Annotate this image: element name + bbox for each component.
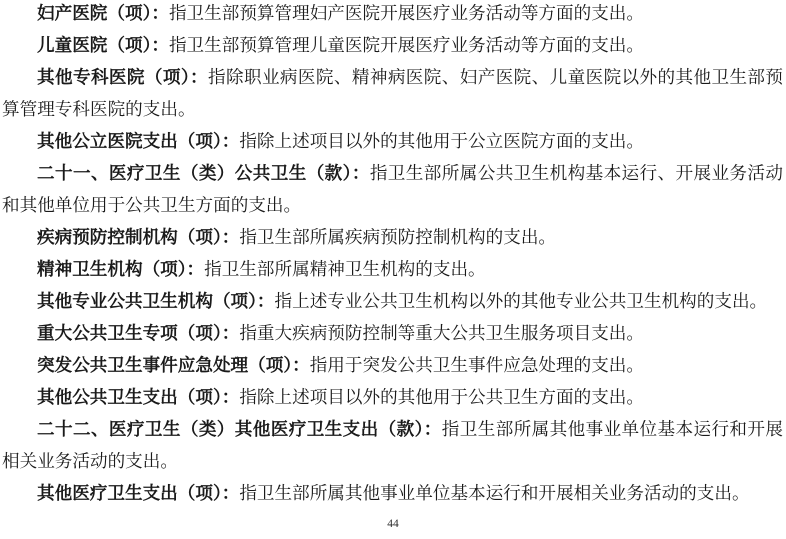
paragraph: 二十二、医疗卫生（类）其他医疗卫生支出（款）：指卫生部所属其他事业单位基本运行和… (2, 413, 783, 477)
line-text: 和其他单位用于公共卫生方面的支出。 (2, 195, 301, 215)
line-text: 指卫生部所属精神卫生机构的支出。 (204, 259, 486, 279)
text-line: 精神卫生机构（项）：指卫生部所属精神卫生机构的支出。 (2, 253, 783, 285)
term-bold: 二十一、医疗卫生（类）公共卫生（款）： (37, 163, 370, 183)
text-line: 其他公立医院支出（项）：指除上述项目以外的其他用于公立医院方面的支出。 (2, 125, 783, 157)
paragraph: 精神卫生机构（项）：指卫生部所属精神卫生机构的支出。 (2, 253, 783, 285)
paragraph: 其他公立医院支出（项）：指除上述项目以外的其他用于公立医院方面的支出。 (2, 125, 783, 157)
term-bold: 其他医疗卫生支出（项）： (37, 483, 239, 503)
paragraph: 突发公共卫生事件应急处理（项）：指用于突发公共卫生事件应急处理的支出。 (2, 349, 783, 381)
paragraph: 二十一、医疗卫生（类）公共卫生（款）：指卫生部所属公共卫生机构基本运行、开展业务… (2, 157, 783, 221)
term-bold: 妇产医院（项）： (37, 3, 169, 23)
text-line: 疾病预防控制机构（项）：指卫生部所属疾病预防控制机构的支出。 (2, 221, 783, 253)
line-text: 指卫生部所属疾病预防控制机构的支出。 (239, 227, 556, 247)
term-bold: 疾病预防控制机构（项）： (37, 227, 239, 247)
term-bold: 精神卫生机构（项）： (37, 259, 204, 279)
paragraph: 妇产医院（项）：指卫生部预算管理妇产医院开展医疗业务活动等方面的支出。 (2, 0, 783, 29)
paragraph: 其他医疗卫生支出（项）：指卫生部所属其他事业单位基本运行和开展相关业务活动的支出… (2, 477, 783, 509)
text-line: 二十一、医疗卫生（类）公共卫生（款）：指卫生部所属公共卫生机构基本运行、开展业务… (2, 157, 783, 189)
document-page: 妇产医院（项）：指卫生部预算管理妇产医院开展医疗业务活动等方面的支出。儿童医院（… (0, 0, 786, 539)
term-bold: 突发公共卫生事件应急处理（项）： (37, 355, 310, 375)
line-text: 指除职业病医院、精神病医院、妇产医院、儿童医院以外的其他卫生部预 (208, 67, 783, 87)
line-text: 指卫生部预算管理妇产医院开展医疗业务活动等方面的支出。 (169, 3, 644, 23)
text-line: 其他专科医院（项）：指除职业病医院、精神病医院、妇产医院、儿童医院以外的其他卫生… (2, 61, 783, 93)
term-bold: 儿童医院（项）： (37, 35, 169, 55)
line-text: 相关业务活动的支出。 (2, 451, 178, 471)
line-text: 指上述专业公共卫生机构以外的其他专业公共卫生机构的支出。 (275, 291, 768, 311)
text-line: 其他专业公共卫生机构（项）：指上述专业公共卫生机构以外的其他专业公共卫生机构的支… (2, 285, 783, 317)
text-line: 妇产医院（项）：指卫生部预算管理妇产医院开展医疗业务活动等方面的支出。 (2, 0, 783, 29)
term-bold: 其他专科医院（项）： (37, 67, 208, 87)
text-block: 妇产医院（项）：指卫生部预算管理妇产医院开展医疗业务活动等方面的支出。儿童医院（… (2, 0, 783, 509)
page-number: 44 (0, 517, 786, 531)
text-line: 相关业务活动的支出。 (2, 445, 783, 477)
text-line: 其他公共卫生支出（项）：指除上述项目以外的其他用于公共卫生方面的支出。 (2, 381, 783, 413)
line-text: 指重大疾病预防控制等重大公共卫生服务项目支出。 (239, 323, 644, 343)
text-line: 和其他单位用于公共卫生方面的支出。 (2, 189, 783, 221)
paragraph: 其他专科医院（项）：指除职业病医院、精神病医院、妇产医院、儿童医院以外的其他卫生… (2, 61, 783, 125)
line-text: 算管理专科医院的支出。 (2, 99, 196, 119)
term-bold: 其他公共卫生支出（项）： (37, 387, 239, 407)
text-line: 算管理专科医院的支出。 (2, 93, 783, 125)
line-text: 指卫生部预算管理儿童医院开展医疗业务活动等方面的支出。 (169, 35, 644, 55)
paragraph: 其他公共卫生支出（项）：指除上述项目以外的其他用于公共卫生方面的支出。 (2, 381, 783, 413)
term-bold: 其他专业公共卫生机构（项）： (37, 291, 275, 311)
line-text: 指卫生部所属其他事业单位基本运行和开展相关业务活动的支出。 (239, 483, 749, 503)
line-text: 指卫生部所属其他事业单位基本运行和开展 (442, 419, 783, 439)
line-text: 指除上述项目以外的其他用于公立医院方面的支出。 (239, 131, 644, 151)
text-line: 二十二、医疗卫生（类）其他医疗卫生支出（款）：指卫生部所属其他事业单位基本运行和… (2, 413, 783, 445)
paragraph: 其他专业公共卫生机构（项）：指上述专业公共卫生机构以外的其他专业公共卫生机构的支… (2, 285, 783, 317)
text-line: 其他医疗卫生支出（项）：指卫生部所属其他事业单位基本运行和开展相关业务活动的支出… (2, 477, 783, 509)
term-bold: 二十二、医疗卫生（类）其他医疗卫生支出（款）： (37, 419, 442, 439)
paragraph: 疾病预防控制机构（项）：指卫生部所属疾病预防控制机构的支出。 (2, 221, 783, 253)
line-text: 指除上述项目以外的其他用于公共卫生方面的支出。 (239, 387, 644, 407)
line-text: 指卫生部所属公共卫生机构基本运行、开展业务活动 (370, 163, 783, 183)
term-bold: 其他公立医院支出（项）： (37, 131, 239, 151)
text-line: 重大公共卫生专项（项）：指重大疾病预防控制等重大公共卫生服务项目支出。 (2, 317, 783, 349)
paragraph: 重大公共卫生专项（项）：指重大疾病预防控制等重大公共卫生服务项目支出。 (2, 317, 783, 349)
term-bold: 重大公共卫生专项（项）： (37, 323, 239, 343)
paragraph: 儿童医院（项）：指卫生部预算管理儿童医院开展医疗业务活动等方面的支出。 (2, 29, 783, 61)
text-line: 儿童医院（项）：指卫生部预算管理儿童医院开展医疗业务活动等方面的支出。 (2, 29, 783, 61)
text-line: 突发公共卫生事件应急处理（项）：指用于突发公共卫生事件应急处理的支出。 (2, 349, 783, 381)
line-text: 指用于突发公共卫生事件应急处理的支出。 (310, 355, 644, 375)
